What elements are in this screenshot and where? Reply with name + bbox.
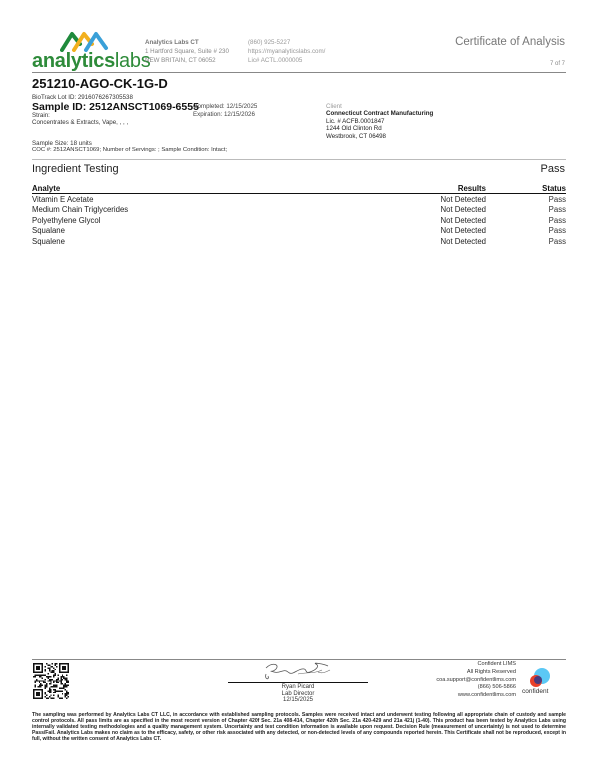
- expiration-date: Expiration: 12/15/2026: [193, 111, 255, 118]
- status-cell: Pass: [486, 215, 566, 226]
- strain-value: Concentrates & Extracts, Vape, , , ,: [32, 119, 128, 126]
- analyte-cell: Squalane: [32, 226, 326, 237]
- lims-rights: All Rights Reserved: [436, 669, 516, 677]
- coc-info: COC #: 2512ANSCT1069; Number of Servings…: [32, 147, 227, 153]
- lab-address-line2: NEW BRITAIN, CT 06052: [145, 56, 229, 65]
- column-header-results: Results: [326, 183, 486, 194]
- result-cell: Not Detected: [326, 236, 486, 247]
- lims-phone: (866) 506-5866: [436, 684, 516, 692]
- sample-id: Sample ID: 2512ANSCT1069-6555: [32, 101, 199, 113]
- lab-address: Analytics Labs CT 1 Hartford Square, Sui…: [145, 38, 229, 65]
- confident-logo-icon: [527, 667, 553, 689]
- client-license: Lic. # ACFB.0001847: [326, 118, 433, 126]
- lab-website-link[interactable]: https://myanalyticslabs.com/: [248, 47, 325, 56]
- column-header-status: Status: [486, 183, 566, 194]
- signer-date: 12/15/2025: [228, 697, 368, 704]
- biotrack-lot-id: BioTrack Lot ID: 2916076267305538: [32, 94, 133, 101]
- confident-logo-text: confident: [522, 688, 548, 695]
- lab-contact: (860) 925-5227 https://myanalyticslabs.c…: [248, 38, 325, 65]
- logo-text-main: analytics: [32, 50, 115, 72]
- lims-website-link[interactable]: www.confidentlims.com: [436, 692, 516, 700]
- result-cell: Not Detected: [326, 205, 486, 216]
- status-cell: Pass: [486, 205, 566, 216]
- mountain-peaks-logo-icon: [60, 30, 110, 52]
- status-cell: Pass: [486, 226, 566, 237]
- lab-license: Lic# ACTL.0000005: [248, 56, 325, 65]
- page-number: 7 of 7: [550, 61, 565, 67]
- analyte-cell: Squalene: [32, 236, 326, 247]
- lims-email-link[interactable]: coa.support@confidentlims.com: [436, 677, 516, 685]
- lims-info: Confident LIMS All Rights Reserved coa.s…: [436, 661, 516, 700]
- signer-block: Ryan Picard Lab Director 12/15/2025: [228, 684, 368, 704]
- header-divider: [32, 72, 566, 73]
- qr-code-icon[interactable]: [33, 663, 69, 699]
- client-label: Client: [326, 103, 342, 110]
- result-cell: Not Detected: [326, 226, 486, 237]
- signature-icon: [258, 660, 338, 682]
- signature-line: [228, 682, 368, 683]
- table-row: Vitamin E AcetateNot DetectedPass: [32, 194, 566, 205]
- completed-date: Completed: 12/15/2025: [193, 103, 257, 110]
- analyte-cell: Vitamin E Acetate: [32, 194, 326, 205]
- section-status: Pass: [541, 163, 565, 175]
- client-address-line2: Westbrook, CT 06498: [326, 133, 433, 141]
- company-logo: analyticslabs: [32, 50, 150, 73]
- client-name: Connecticut Contract Manufacturing: [326, 110, 433, 118]
- results-table: Analyte Results Status Vitamin E Acetate…: [32, 183, 566, 247]
- batch-id: 251210-AGO-CK-1G-D: [32, 76, 168, 91]
- table-row: Polyethylene GlycolNot DetectedPass: [32, 215, 566, 226]
- strain-label: Strain:: [32, 112, 50, 119]
- table-header-row: Analyte Results Status: [32, 183, 566, 194]
- document-title: Certificate of Analysis: [455, 36, 565, 48]
- disclaimer-text: The sampling was performed by Analytics …: [32, 713, 566, 743]
- section-title: Ingredient Testing: [32, 163, 119, 175]
- client-info: Connecticut Contract Manufacturing Lic. …: [326, 110, 433, 140]
- column-header-analyte: Analyte: [32, 183, 326, 194]
- status-cell: Pass: [486, 236, 566, 247]
- lab-phone: (860) 925-5227: [248, 38, 325, 47]
- table-row: SqualeneNot DetectedPass: [32, 236, 566, 247]
- client-address-line1: 1244 Old Clinton Rd: [326, 125, 433, 133]
- lab-name: Analytics Labs CT: [145, 38, 229, 47]
- analyte-cell: Polyethylene Glycol: [32, 215, 326, 226]
- table-row: SqualaneNot DetectedPass: [32, 226, 566, 237]
- section-divider: [32, 159, 566, 160]
- analyte-cell: Medium Chain Triglycerides: [32, 205, 326, 216]
- result-cell: Not Detected: [326, 215, 486, 226]
- sample-size: Sample Size: 18 units: [32, 140, 92, 147]
- lab-address-line1: 1 Hartford Square, Suite # 230: [145, 47, 229, 56]
- status-cell: Pass: [486, 194, 566, 205]
- table-row: Medium Chain TriglyceridesNot DetectedPa…: [32, 205, 566, 216]
- lims-name: Confident LIMS: [436, 661, 516, 669]
- result-cell: Not Detected: [326, 194, 486, 205]
